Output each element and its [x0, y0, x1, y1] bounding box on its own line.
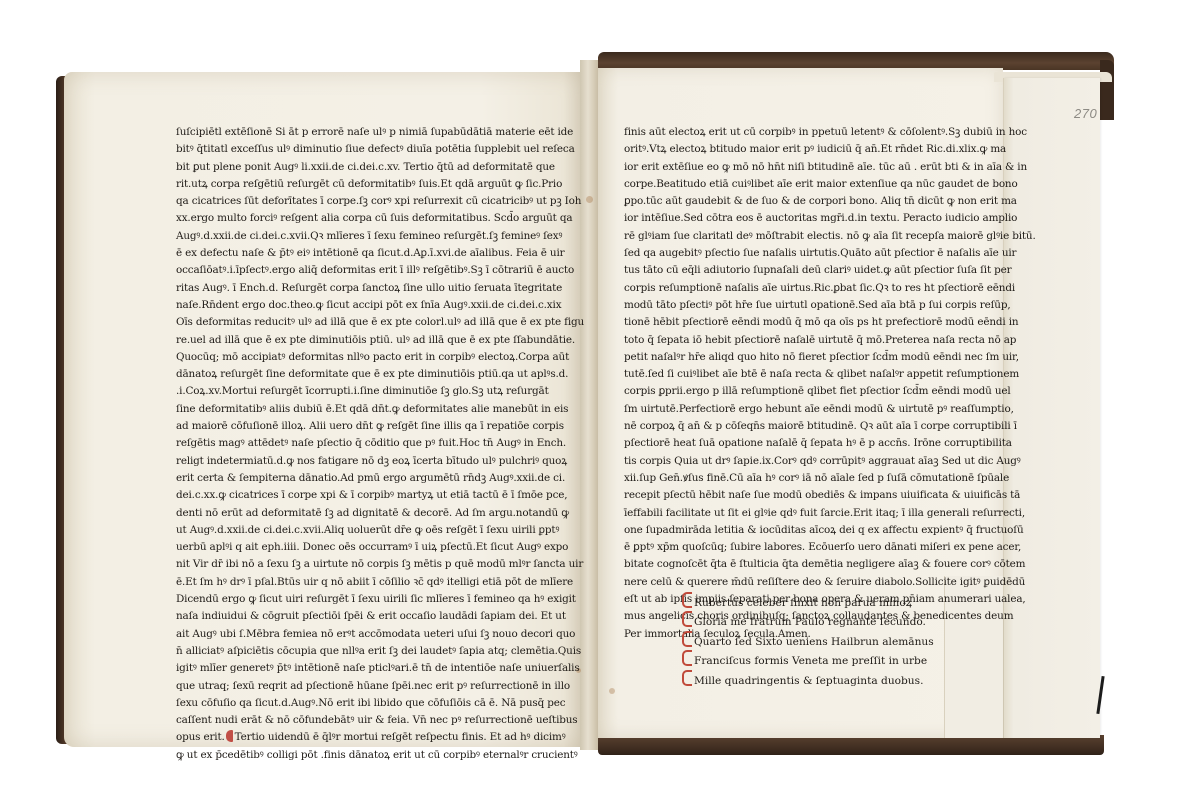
- text-line: .i.Coꝝ.xv.Mortui reſurgēt īcorrupti.i.ſi…: [176, 383, 576, 400]
- text-line: ſexu cōfuſio qa ſicut.d.Augꝰ.Nō erit ibi…: [176, 695, 576, 712]
- paragraph-mark-icon: [682, 592, 692, 608]
- text-line: ait Augꝰ ubi ſ.Mēbra femiea nō erꝰt accō…: [176, 626, 576, 643]
- text-line: ſm uirtutē.Perfectiorē ergo hebunt aīe e…: [624, 401, 999, 418]
- text-line: īeffabili facilitate ut ſit ei glꝰie qdꝰ…: [624, 505, 999, 522]
- text-line: xii.ſup Gen̄.ꝟſus finē.Cū aīa hꝰ corꝰ iā…: [624, 470, 999, 487]
- text-line: tis corpis Quia ut drꝰ ſapie.ix.Corꝰ qdꝰ…: [624, 453, 999, 470]
- text-line: dānatoꝝ reſurgēt ſine deformitate que ē …: [176, 366, 576, 383]
- colophon: Rubertus celeber finxit non parua minoꝝ …: [682, 592, 934, 689]
- text-line: ritas Augꝰ. ī Ench.d. Reſurgēt corpa ſan…: [176, 280, 576, 297]
- colophon-text: Gloria me fratrum Paulo regnante ſecundo…: [694, 616, 926, 628]
- text-line: oritꝰ.Vtꝝ electoꝝ btitudo maior erit pꝰ …: [624, 141, 999, 158]
- text-line: religt indetermiatū.d.ꝙ nos fatigare nō …: [176, 453, 576, 470]
- text-line: rē glꝰiam ſue claritatl deꝰ mōſtrabit el…: [624, 228, 999, 245]
- text-line: bit ꝑut plene ponit Augꝰ li.xxii.de ci.d…: [176, 159, 576, 176]
- paragraph-mark-icon: [682, 670, 692, 686]
- colophon-text: Quarto ſed Sixto ueniens Hailbrun alemān…: [694, 636, 934, 648]
- text-line: re.uel ad illā que ē ex pte diminutiōis …: [176, 332, 576, 349]
- text-line: petit naſalꝰr hr̄e aliqd quo hito nō fie…: [624, 349, 999, 366]
- text-line: n̄ alliciatꝰ aſpiciētis cōcupia que nllꝰ…: [176, 643, 576, 660]
- text-line: toto q̄ ſepata iō hebit pſectiorē naſalē…: [624, 332, 999, 349]
- text-line: corpe.Beatitudo etiā cuiꝰlibet aīe erit …: [624, 176, 999, 193]
- rubricated-text-line: opus erit.Tertio uidendū ē q̄lꝰr mortui …: [176, 729, 576, 746]
- paragraph-mark-icon: [682, 650, 692, 666]
- paragraph-mark-icon: [682, 611, 692, 627]
- text-line: recepit pſectū hēbit naſe ſue modū obedi…: [624, 487, 999, 504]
- book-gutter: [580, 60, 600, 750]
- text-line: ꝙ ut ex p̄cedētibꝰ colligi pōt .finis dā…: [176, 747, 576, 764]
- binding-corner: [1100, 60, 1114, 120]
- text-line: denti nō erūt ad deformitatē ſꝫ ad digni…: [176, 505, 576, 522]
- text-line: tionē hēbit pſectiorē eēndi modū q̄ mō q…: [624, 314, 999, 331]
- text-line: ē.Et ſm hꝰ drꝰ ī pſal.Btūs uir q nō abii…: [176, 574, 576, 591]
- text-line: reſgētis magꝰ attēdetꝰ naſe pſectio q̄ c…: [176, 435, 576, 452]
- text-line: ē ex defectu naſe & p̄tꝰ eiꝰ intētionē q…: [176, 245, 576, 262]
- colophon-line: Rubertus celeber finxit non parua minoꝝ: [682, 592, 934, 611]
- text-line: ior intēſiue.Sed cōtra eos ē auctoritas …: [624, 210, 999, 227]
- open-book: 270 ſuſcipiētl extēſionē Si āt p errorē …: [0, 0, 1196, 800]
- text-line: igitꝰ mlīer generetꝰ p̄tꝰ intētionē naſe…: [176, 660, 576, 677]
- text-line: naſe.Rn̄dent ergo doc.theo.ꝙ ſicut accip…: [176, 297, 576, 314]
- text-line: nit Vir dr̄ ibi nō a ſexu ſꝫ a uirtute n…: [176, 556, 576, 573]
- line-start: opus erit.: [176, 731, 225, 743]
- text-line: occaſiōatꝰ.i.īpſectꝰ.ergo aliq̄ deformit…: [176, 262, 576, 279]
- text-line: dei.c.xx.ꝙ cicatrices ī corpe xpi & ī co…: [176, 487, 576, 504]
- text-line: bitꝰ q̄titatl exceſſus ulꝰ diminutio ſiu…: [176, 141, 576, 158]
- text-line: finis aūt electoꝝ erit ut cū corpibꝰ in …: [624, 124, 999, 141]
- text-line: ē ꝑptꝰ xp̄m quoſcūq; ſubire labores. Ecō…: [624, 539, 999, 556]
- left-page-text: ſuſcipiētl extēſionē Si āt p errorē naſe…: [176, 124, 576, 764]
- colophon-line: Gloria me fratrum Paulo regnante ſecundo…: [682, 611, 934, 630]
- text-line: caſſent nudi erāt & nō cōfundebātꝰ uir &…: [176, 712, 576, 729]
- text-line: nere celū & querere m̄dū reſiſtere deo &…: [624, 574, 999, 591]
- binding-bottom-edge: [598, 735, 1104, 755]
- text-line: qa cicatrices ſūt deforītates ī corpe.ſꝫ…: [176, 193, 576, 210]
- text-line: modū tāto pſectiꝰ pōt hr̄e ſue uirtutl o…: [624, 297, 999, 314]
- text-line: ior erit extēſiue eo ꝙ mō nō hn̄t niſi b…: [624, 159, 999, 176]
- colophon-line: Franciſcus formis Veneta me preſſit in u…: [682, 650, 934, 669]
- foxing-stain: [586, 196, 593, 203]
- text-line: naſa indiuidui & cōgruit pſectiōi ſpēi &…: [176, 608, 576, 625]
- colophon-text: Rubertus celeber finxit non parua minoꝝ: [694, 597, 912, 609]
- text-line: ut Augꝰ.d.xxii.de ci.dei.c.xvii.Aliq uol…: [176, 522, 576, 539]
- text-line: pſectiorē heat ſuā opatione naſalē q̄ ſe…: [624, 435, 999, 452]
- text-line: rit.utꝝ corpa reſgētiū reſurgēt cū defor…: [176, 176, 576, 193]
- text-line: bitate cognoſcēt q̄ta ē ſtulticia q̄ta d…: [624, 556, 999, 573]
- text-line: Augꝰ.d.xxii.de ci.dei.c.xvii.Qꝛ mlīeres …: [176, 228, 576, 245]
- text-line: Quocūq; mō accipiatꝰ deformitas nllꝰo pa…: [176, 349, 576, 366]
- text-line: corpis ꝑprii.ergo p illā reſumptionē qli…: [624, 383, 999, 400]
- paragraph-mark-icon: [226, 730, 233, 742]
- line-end: Tertio uidendū ē q̄lꝰr mortui reſgēt reſ…: [235, 731, 566, 743]
- inserted-flap-leaf: [1003, 78, 1100, 738]
- text-line: erit certa & ſempiterna dānatio.Ad pmū e…: [176, 470, 576, 487]
- text-line: xx.ergo multo forciꝰ reſgent alia corpa …: [176, 210, 576, 227]
- text-line: nē corpoꝝ q̄ an̄ & p cōſeqn̄s maiorē bti…: [624, 418, 999, 435]
- text-line: Oīs deformitas reducitꝰ ulꝰ ad illā que …: [176, 314, 576, 331]
- folio-number: 270: [1074, 106, 1097, 121]
- text-line: uerbū aplꝰi q ait eph.iiii. Donec oēs oc…: [176, 539, 576, 556]
- colophon-line: Quarto ſed Sixto ueniens Hailbrun alemān…: [682, 631, 934, 650]
- text-line: one ſupadmirāda letitia & iocūditas aīco…: [624, 522, 999, 539]
- text-line: ad maiorē cōfuſionē illoꝝ. Alii uero dn̄…: [176, 418, 576, 435]
- text-line: ſine deformitatibꝰ aliis dubiū ē.Et qdā …: [176, 401, 576, 418]
- paragraph-mark-icon: [682, 631, 692, 647]
- text-line: que utraq; ſexū reqrit ad pſectionē hūan…: [176, 678, 576, 695]
- text-line: Dicendū ergo ꝙ ſicut uiri reſurgēt ī ſex…: [176, 591, 576, 608]
- right-page-text: finis aūt electoꝝ erit ut cū corpibꝰ in …: [624, 124, 999, 643]
- colophon-text: Franciſcus formis Veneta me preſſit in u…: [694, 655, 927, 667]
- foxing-stain: [609, 688, 615, 694]
- colophon-line: Mille quadringentis & ſeptuaginta duobus…: [682, 670, 934, 689]
- text-line: corpis reſumptionē naſalis aīe uirtus.Ri…: [624, 280, 999, 297]
- text-line: tutē.ſed ſi cuiꝰlibet aīe btē ē naſa rec…: [624, 366, 999, 383]
- text-line: ꝑpo.tūc aūt gaudebit & de ſuo & de corpo…: [624, 193, 999, 210]
- text-line: ſed qa augebitꝰ pſectio ſue naſalis uirt…: [624, 245, 999, 262]
- colophon-text: Mille quadringentis & ſeptuaginta duobus…: [694, 675, 923, 687]
- text-line: ſuſcipiētl extēſionē Si āt p errorē naſe…: [176, 124, 576, 141]
- text-line: tus tāto cū eq̄li adiutorio ſupnaſali de…: [624, 262, 999, 279]
